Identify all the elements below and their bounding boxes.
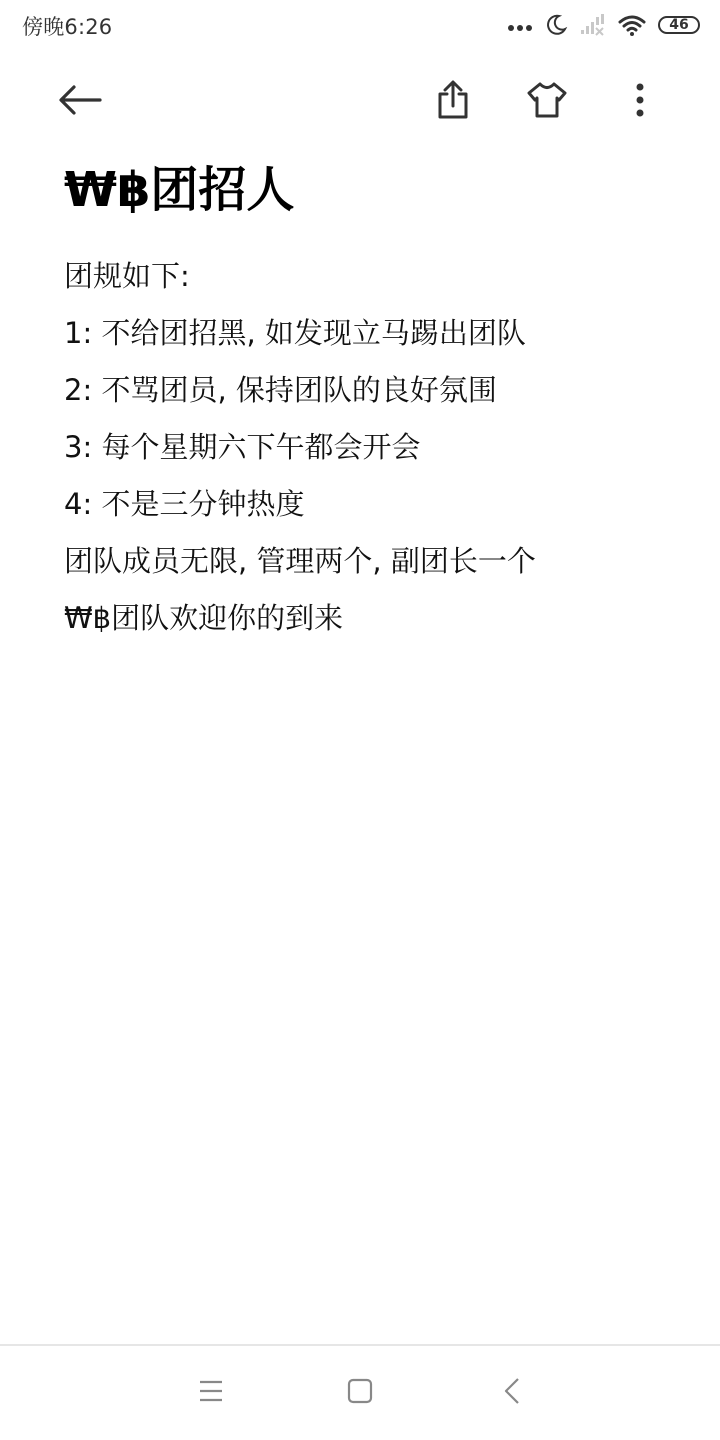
toolbar: [0, 70, 720, 130]
home-button[interactable]: [330, 1366, 390, 1416]
note-line: 团规如下:: [64, 248, 664, 305]
battery-icon: 46: [658, 16, 700, 34]
more-vertical-icon: [634, 82, 646, 118]
back-button[interactable]: [50, 70, 110, 130]
signal-off-icon: [580, 14, 606, 36]
more-button[interactable]: [610, 70, 670, 130]
note-title[interactable]: ₩฿团招人: [64, 158, 294, 222]
back-nav-button[interactable]: [482, 1366, 542, 1416]
wifi-icon: [618, 14, 646, 36]
note-body[interactable]: 团规如下: 1: 不给团招黑, 如发现立马踢出团队 2: 不骂团员, 保持团队的…: [64, 248, 664, 647]
note-line: 2: 不骂团员, 保持团队的良好氛围: [64, 362, 664, 419]
more-dots-icon: [508, 25, 532, 31]
menu-icon: [199, 1380, 223, 1402]
shirt-icon: [526, 81, 568, 119]
recents-button[interactable]: [181, 1366, 241, 1416]
note-line: ₩฿团队欢迎你的到来: [64, 590, 664, 647]
status-bar: 傍晚6:26 46: [0, 0, 720, 50]
note-line: 4: 不是三分钟热度: [64, 476, 664, 533]
status-icons: 46: [508, 10, 700, 40]
system-nav-bar: [0, 1346, 720, 1440]
share-icon: [435, 80, 471, 120]
note-line: 1: 不给团招黑, 如发现立马踢出团队: [64, 305, 664, 362]
note-line: 团队成员无限, 管理两个, 副团长一个: [64, 533, 664, 590]
note-line: 3: 每个星期六下午都会开会: [64, 419, 664, 476]
battery-level: 46: [669, 18, 688, 32]
moon-icon: [544, 13, 568, 37]
status-time: 傍晚6:26: [22, 11, 112, 41]
share-button[interactable]: [423, 70, 483, 130]
home-icon: [347, 1378, 373, 1404]
arrow-left-icon: [58, 84, 102, 116]
back-icon: [504, 1377, 520, 1405]
theme-button[interactable]: [517, 70, 577, 130]
